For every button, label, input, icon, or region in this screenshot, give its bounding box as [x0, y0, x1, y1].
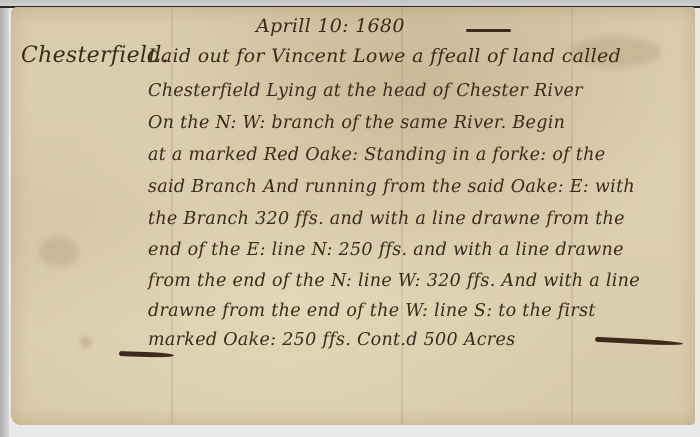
pen-flourish-right	[595, 337, 683, 347]
text-line-4: at a marked Red Oake: Standing in a fork…	[148, 145, 605, 165]
text-line-3: On the N: W: branch of the same River. B…	[148, 113, 565, 133]
water-stain	[39, 237, 79, 267]
text-line-1: Laid out for Vincent Lowe a ffeall of la…	[148, 45, 621, 67]
pen-flourish-left	[119, 351, 174, 358]
date-heading: Aprill 10: 1680	[256, 15, 405, 37]
ink-stain	[81, 337, 91, 347]
scanner-edge	[0, 8, 9, 437]
parchment-page: Aprill 10: 1680 Chesterfield. Laid out f…	[11, 7, 695, 425]
text-line-2: Chesterfield Lying at the head of Cheste…	[148, 81, 583, 101]
scanned-document-view: Aprill 10: 1680 Chesterfield. Laid out f…	[0, 0, 700, 437]
text-line-7: end of the E: line N: 250 ffs. and with …	[148, 240, 624, 260]
text-line-6: the Branch 320 ffs. and with a line draw…	[148, 209, 625, 229]
text-line-10: marked Oake: 250 ffs. Cont.d 500 Acres	[148, 330, 515, 350]
text-line-5: said Branch And running from the said Oa…	[148, 177, 635, 197]
text-line-8: from the end of the N: line W: 320 ffs. …	[148, 271, 640, 291]
text-line-9: drawne from the end of the W: line S: to…	[148, 301, 596, 321]
date-flourish	[466, 29, 511, 32]
margin-tract-label: Chesterfield.	[21, 43, 169, 68]
